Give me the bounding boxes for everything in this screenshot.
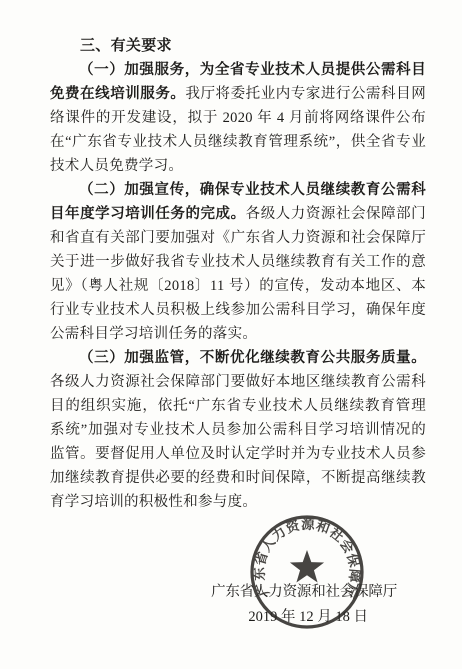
paragraph-3-text: 各级人力资源社会保障部门要做好本地区继续教育公需科目的组织实施，依托“广东省专业…	[50, 374, 426, 510]
document-page: 三、有关要求 （一）加强服务，为全省专业技术人员提供公需科目免费在线培训服务。我…	[0, 0, 462, 669]
paragraph-2: （二）加强宣传，确保专业技术人员继续教育公需科目年度学习培训任务的完成。各级人力…	[50, 178, 426, 346]
paragraph-1: （一）加强服务，为全省专业技术人员提供公需科目免费在线培训服务。我厅将委托业内专…	[50, 58, 426, 178]
document-body: 三、有关要求 （一）加强服务，为全省专业技术人员提供公需科目免费在线培训服务。我…	[50, 34, 426, 514]
official-seal: 广东省人力资源和社会保障厅	[237, 502, 377, 642]
paragraph-3: （三）加强监管，不断优化继续教育公共服务质量。各级人力资源社会保障部门要做好本地…	[50, 346, 426, 514]
section-heading: 三、有关要求	[50, 34, 426, 58]
seal-star-icon	[290, 550, 324, 583]
paragraph-3-lead: （三）加强监管，不断优化继续教育公共服务质量。	[79, 350, 426, 366]
paragraph-2-text: 各级人力资源社会保障部门和省直有关部门要加强对《广东省人力资源和社会保障厅关于进…	[50, 206, 426, 342]
